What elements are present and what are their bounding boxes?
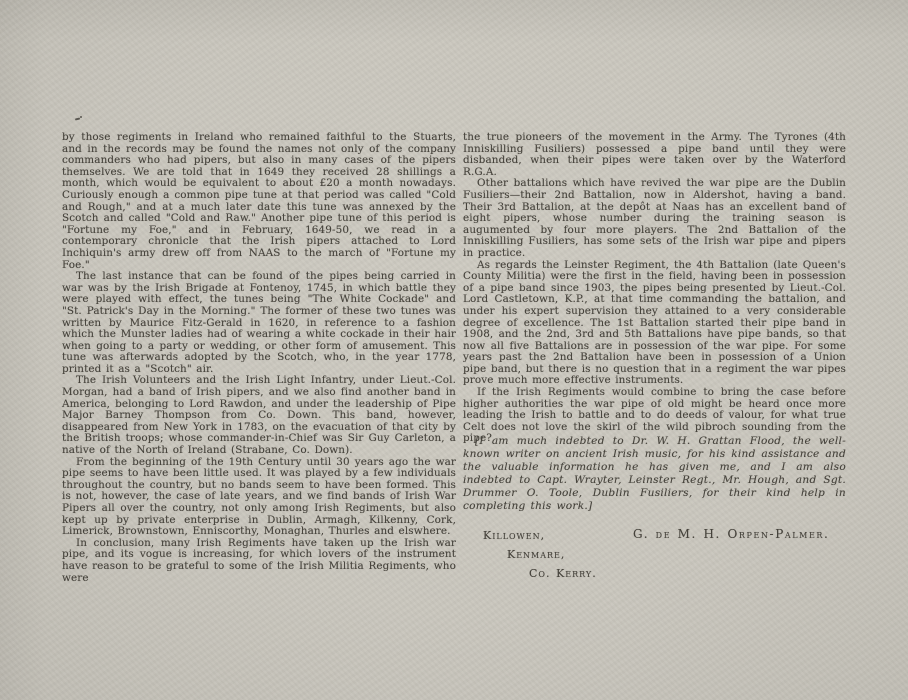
paragraph: As regards the Leinster Regiment, the 4t… [463, 260, 846, 388]
paragraph: The last instance that can be found of t… [62, 271, 456, 375]
paragraph: From the beginning of the 19th Century u… [62, 457, 456, 538]
paragraph: Other battalions which have revived the … [463, 178, 846, 259]
ink-speck [75, 116, 83, 121]
signature-place-line: Killowen, [483, 530, 545, 542]
signature-place-line: Kenmare, [507, 549, 565, 561]
signature-place-line: Co. Kerry. [529, 568, 597, 580]
signature-block: Killowen, G. de M. H. Orpen-Palmer. Kenm… [463, 530, 846, 600]
acknowledgment-note: [I am much indebted to Dr. W. H. Grattan… [463, 435, 846, 512]
paragraph: by those regiments in Ireland who remain… [62, 132, 456, 271]
signature-author: G. de M. H. Orpen-Palmer. [633, 529, 829, 541]
left-text-column: by those regiments in Ireland who remain… [62, 132, 456, 584]
paragraph: The Irish Volunteers and the Irish Light… [62, 375, 456, 456]
paragraph: In conclusion, many Irish Regiments have… [62, 538, 456, 584]
scanned-book-page: { "page": { "colors": { "paper": "#cac7b… [0, 0, 908, 700]
right-text-column: the true pioneers of the movement in the… [463, 132, 846, 692]
paragraph: the true pioneers of the movement in the… [463, 132, 846, 178]
